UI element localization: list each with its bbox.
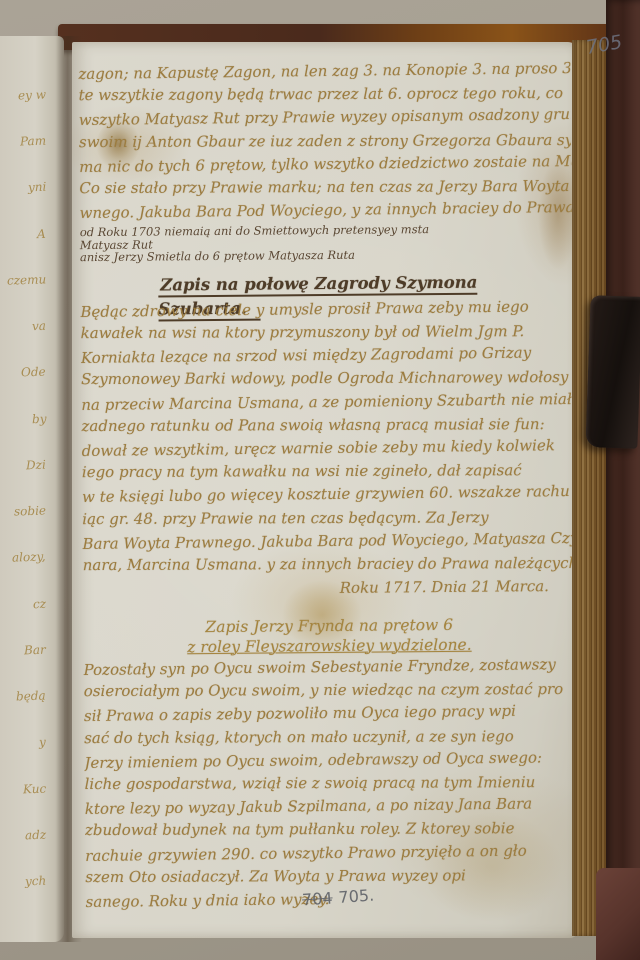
- text-fragment: będą: [16, 689, 46, 704]
- text-fragment: Ode: [21, 365, 46, 380]
- section2-paragraph: Pozostały syn po Oycu swoim Sebestyanie …: [83, 654, 577, 913]
- manuscript-line: wnego. Jakuba Bara Pod Woyciego, y za in…: [79, 196, 571, 225]
- page-fore-edges: [572, 40, 610, 936]
- section1-dateline: Roku 1717. Dnia 21 Marca.: [83, 574, 575, 602]
- section1-paragraph: Będąc zdrowy na ciele y umysle prosił Pr…: [80, 296, 575, 603]
- marginal-insertion: od Roku 1703 niemaią ani do Smiettowych …: [80, 222, 572, 264]
- text-fragment: cz: [33, 596, 47, 610]
- manuscript-line: w te księgi lubo go więcey kosztuie grzy…: [82, 480, 574, 509]
- text-fragment: alozy,: [12, 550, 46, 565]
- text-fragment: va: [32, 319, 46, 333]
- text-fragment: sobie: [14, 504, 46, 519]
- text-fragment: adz: [25, 827, 47, 842]
- text-fragment: Pam: [20, 134, 47, 149]
- text-fragment: czemu: [7, 272, 47, 287]
- text-fragment: ych: [25, 874, 47, 889]
- facing-page-edge: ey w Pam yni A czemu va Ode by Dzi sobie…: [0, 36, 64, 942]
- text-fragment: Kuc: [23, 781, 47, 796]
- manuscript-photo: ey w Pam yni A czemu va Ode by Dzi sobie…: [0, 0, 640, 960]
- book-cover-corner: [596, 868, 640, 960]
- struck-page-number: 704: [301, 888, 333, 909]
- insertion-note: anisz Jerzy Smietla do 6 prętow Matyasza…: [80, 247, 572, 264]
- book-cover-right: [606, 0, 640, 960]
- manuscript-text: zagon; na Kapustę Zagon, na len zag 3. n…: [78, 58, 577, 913]
- text-fragment: by: [31, 411, 46, 425]
- manuscript-line: wszytko Matyasz Rut przy Prawie wyzey op…: [79, 103, 571, 132]
- manuscript-line: sił Prawa o zapis zeby pozwoliło mu Oyca…: [84, 699, 576, 728]
- section2-heading: Zapis Jerzy Frynda na prętow 6 z roley F…: [83, 614, 575, 658]
- text-fragment: Bar: [24, 642, 46, 657]
- leather-clasp-strap: [585, 295, 640, 449]
- manuscript-line: zbudował budynek na tym pułłanku roley. …: [85, 817, 577, 842]
- text-fragment: y: [39, 735, 46, 749]
- text-fragment: ey w: [18, 88, 46, 103]
- text-fragment: Dzi: [26, 458, 46, 473]
- intro-paragraph: zagon; na Kapustę Zagon, na len zag 3. n…: [78, 58, 571, 225]
- manuscript-line: nara, Marcina Usmana. y za innych bracie…: [83, 552, 575, 577]
- manuscript-page: zagon; na Kapustę Zagon, na len zag 3. n…: [72, 42, 578, 938]
- current-page-number: 705.: [338, 886, 375, 907]
- text-fragment: yni: [27, 180, 46, 195]
- text-fragment: A: [37, 227, 46, 241]
- manuscript-line: Szymonowey Barki wdowy, podle Ogroda Mic…: [81, 366, 573, 391]
- facing-page-text-fragments: ey w Pam yni A czemu va Ode by Dzi sobie…: [0, 88, 46, 888]
